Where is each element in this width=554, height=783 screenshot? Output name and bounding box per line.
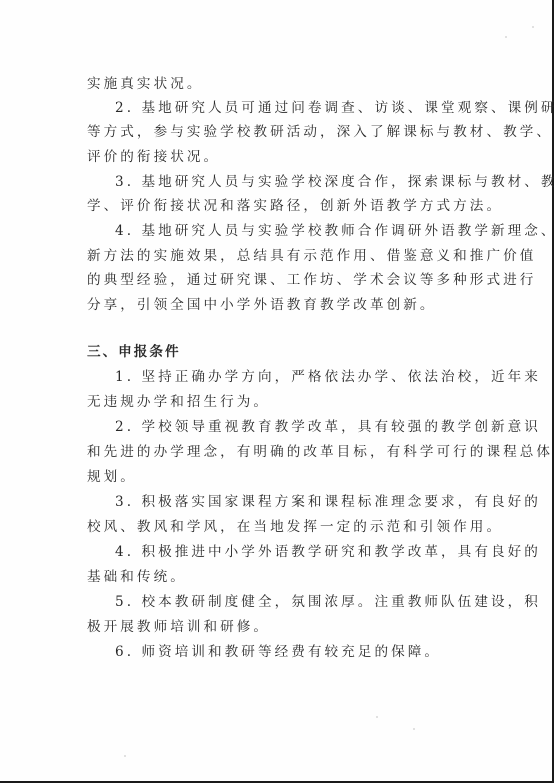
paragraph-line: 等方式，参与实验学校教研活动，深入了解课标与教材、教学、	[87, 120, 553, 144]
scan-speck	[413, 728, 415, 730]
paragraph-line: 和先进的办学理念，有明确的改革目标，有科学可行的课程总体	[87, 440, 553, 464]
paragraph-line: 极开展教师培训和研修。	[87, 615, 270, 639]
paragraph-line: 规划。	[87, 465, 137, 489]
paragraph-line: 基础和传统。	[87, 565, 187, 589]
paragraph-line: 学、评价衔接状况和落实路径，创新外语教学方式方法。	[87, 194, 503, 218]
paragraph-line: 2. 基地研究人员可通过问卷调查、访谈、课堂观察、课例研究	[115, 96, 554, 120]
scanned-page: 实施真实状况。 2. 基地研究人员可通过问卷调查、访谈、课堂观察、课例研究 等方…	[0, 0, 554, 783]
paragraph-line: 2. 学校领导重视教育教学改革，具有较强的教学创新意识	[115, 415, 541, 439]
section-heading: 三、申报条件	[87, 340, 181, 364]
paragraph-line: 的典型经验，通过研究课、工作坊、学术会议等多种形式进行	[87, 268, 536, 292]
paragraph-line: 5. 校本教研制度健全，氛围浓厚。注重教师队伍建设，积	[115, 590, 541, 614]
paragraph-line: 4. 基地研究人员与实验学校教师合作调研外语教学新理念、	[115, 219, 554, 243]
paragraph-line: 3. 积极落实国家课程方案和课程标准理念要求，有良好的	[115, 490, 541, 514]
scan-speck	[532, 26, 534, 28]
paragraph-line: 校风、教风和学风，在当地发挥一定的示范和引领作用。	[87, 515, 503, 539]
paragraph-line: 1. 坚持正确办学方向，严格依法办学、依法治校，近年来	[115, 365, 541, 389]
paragraph-line: 4. 积极推进中小学外语教学研究和教学改革，具有良好的	[115, 540, 541, 564]
paragraph-line: 评价的衔接状况。	[87, 145, 220, 169]
paragraph-line: 无违规办学和招生行为。	[87, 390, 270, 414]
scan-speck	[376, 716, 378, 718]
paragraph-line: 3. 基地研究人员与实验学校深度合作，探索课标与教材、教	[115, 170, 554, 194]
paragraph-line: 分享，引领全国中小学外语教育教学改革创新。	[87, 293, 437, 317]
paragraph-line: 新方法的实施效果，总结具有示范作用、借鉴意义和推广价值	[87, 244, 536, 268]
continuation-line: 实施真实状况。	[87, 72, 204, 96]
paragraph-line: 6. 师资培训和教研等经费有较充足的保障。	[115, 640, 441, 664]
scan-speck	[124, 755, 126, 757]
scan-speck	[505, 36, 507, 38]
